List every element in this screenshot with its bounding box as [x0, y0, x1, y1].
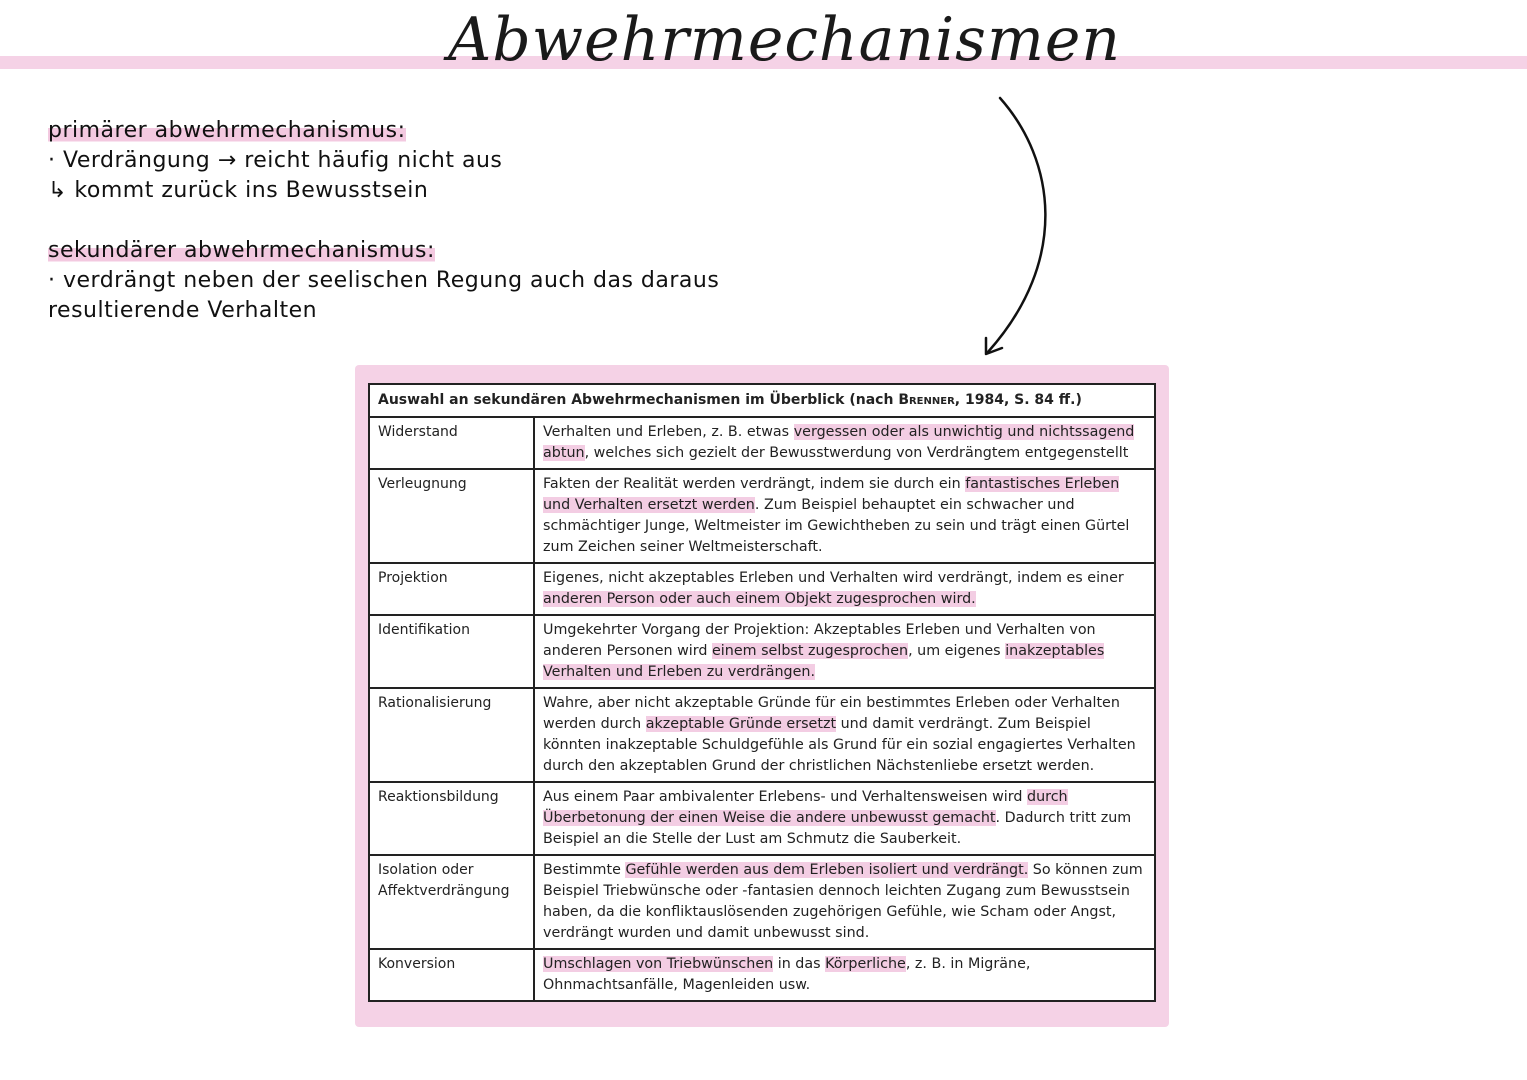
mechanism-description: Umschlagen von Triebwünschen in das Körp…	[534, 949, 1155, 1001]
highlighted-text: einem selbst zugesprochen	[712, 643, 908, 659]
handwritten-notes: primärer Abwehrmechanismus: · Verdrängun…	[48, 116, 808, 356]
note-line: · verdrängt neben der seelischen Regung …	[48, 266, 808, 296]
highlighted-text: anderen Person oder auch einem Objekt zu…	[543, 591, 976, 607]
mechanism-description: Fakten der Realität werden verdrängt, in…	[534, 469, 1155, 563]
table-row: Isolation oder AffektverdrängungBestimmt…	[369, 855, 1155, 949]
table-row: ReaktionsbildungAus einem Paar ambivalen…	[369, 782, 1155, 855]
mechanism-description: Verhalten und Erleben, z. B. etwas verge…	[534, 417, 1155, 469]
description-text: Bestimmte	[543, 862, 625, 878]
mechanism-term: Verleugnung	[369, 469, 534, 563]
mechanism-term: Reaktionsbildung	[369, 782, 534, 855]
mechanism-term: Projektion	[369, 563, 534, 615]
table-row: ProjektionEigenes, nicht akzeptables Erl…	[369, 563, 1155, 615]
highlighted-text: akzeptable Gründe ersetzt	[646, 716, 836, 732]
table-caption: Auswahl an sekundären Abwehrmechanismen …	[369, 384, 1155, 417]
mechanism-term: Isolation oder Affektverdrängung	[369, 855, 534, 949]
description-text: Fakten der Realität werden verdrängt, in…	[543, 476, 965, 492]
curved-arrow-icon	[960, 90, 1070, 365]
page-title: Abwehrmechanismen	[448, 10, 1121, 70]
mechanism-term: Identifikation	[369, 615, 534, 688]
highlighted-text: Körperliche	[825, 956, 906, 972]
description-text: , um eigenes	[908, 643, 1005, 659]
mechanism-term: Widerstand	[369, 417, 534, 469]
secondary-mechanism-note: sekundärer Abwehrmechanismus: · verdräng…	[48, 236, 808, 326]
mechanism-description: Eigenes, nicht akzeptables Erleben und V…	[534, 563, 1155, 615]
mechanism-description: Aus einem Paar ambivalenter Erlebens- un…	[534, 782, 1155, 855]
defense-mechanisms-table: Auswahl an sekundären Abwehrmechanismen …	[368, 383, 1156, 1002]
table-row: KonversionUmschlagen von Triebwünschen i…	[369, 949, 1155, 1001]
description-text: , welches sich gezielt der Bewusstwerdun…	[585, 445, 1129, 461]
table-row: VerleugnungFakten der Realität werden ve…	[369, 469, 1155, 563]
description-text: Eigenes, nicht akzeptables Erleben und V…	[543, 570, 1124, 586]
mechanism-description: Bestimmte Gefühle werden aus dem Erleben…	[534, 855, 1155, 949]
table-row: RationalisierungWahre, aber nicht akzept…	[369, 688, 1155, 782]
description-text: in das	[773, 956, 825, 972]
mechanism-description: Wahre, aber nicht akzeptable Gründe für …	[534, 688, 1155, 782]
primary-mechanism-note: primärer Abwehrmechanismus: · Verdrängun…	[48, 116, 808, 206]
table-row: WiderstandVerhalten und Erleben, z. B. e…	[369, 417, 1155, 469]
note-line: ↳ kommt zurück ins Bewusstsein	[48, 176, 808, 206]
note-line: resultierende Verhalten	[48, 296, 808, 326]
primary-mechanism-heading: primärer Abwehrmechanismus:	[48, 116, 406, 146]
highlighted-text: Gefühle werden aus dem Erleben isoliert …	[625, 862, 1028, 878]
mechanism-term: Konversion	[369, 949, 534, 1001]
highlighted-text: Umschlagen von Triebwünschen	[543, 956, 773, 972]
table-row: IdentifikationUmgekehrter Vorgang der Pr…	[369, 615, 1155, 688]
note-line: · Verdrängung → reicht häufig nicht aus	[48, 146, 808, 176]
mechanism-description: Umgekehrter Vorgang der Projektion: Akze…	[534, 615, 1155, 688]
mechanism-term: Rationalisierung	[369, 688, 534, 782]
description-text: Aus einem Paar ambivalenter Erlebens- un…	[543, 789, 1027, 805]
description-text: Verhalten und Erleben, z. B. etwas	[543, 424, 794, 440]
secondary-mechanism-heading: sekundärer Abwehrmechanismus:	[48, 236, 435, 266]
